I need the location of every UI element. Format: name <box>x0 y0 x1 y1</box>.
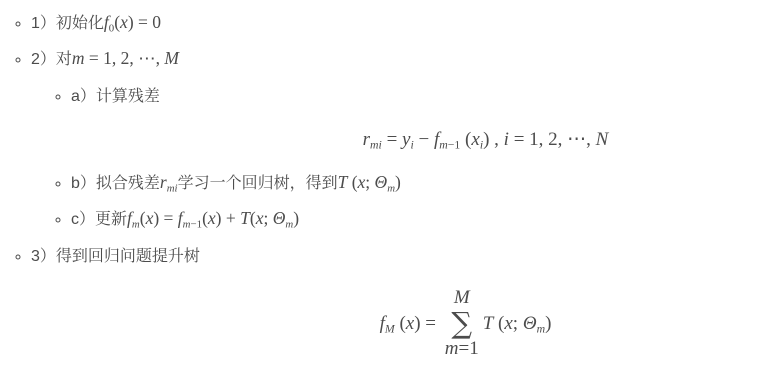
substeps-list: a）计算残差 rmi = yi − fm−1 (xi) , i = 1, 2, … <box>31 84 772 232</box>
text-segment: 1）初始化 <box>31 15 104 32</box>
residual-formula: rmi = yi − fm−1 (xi) , i = 1, 2, ⋯, N <box>71 127 772 152</box>
step-2b-fit-tree: b）拟合残差rmi学习一个回归树，得到T (x; Θm) <box>71 170 772 196</box>
sigma-symbol: ∑ <box>451 309 472 338</box>
step-1-init: 1）初始化f0(x) = 0 <box>31 10 772 36</box>
text-segment: c）更新 <box>71 211 127 228</box>
step-3-content: 3）得到回归问题提升树 <box>31 248 200 265</box>
step-2a-content: a）计算残差 <box>71 88 160 105</box>
residual-formula-math: rmi = yi − fm−1 (xi) , i = 1, 2, ⋯, N <box>363 127 609 152</box>
step-3-result: 3）得到回归问题提升树 fM (x) = M ∑ m=1 T (x; Θm) <box>31 244 772 360</box>
formula-post: T (x; Θm) <box>483 311 552 336</box>
step-2b-content: b）拟合残差rmi学习一个回归树，得到T (x; Θm) <box>71 175 401 192</box>
document-page: 1）初始化f0(x) = 0 2）对m = 1, 2, ⋯, M a）计算残差 … <box>0 10 772 360</box>
text-segment: a）计算残差 <box>71 88 160 105</box>
step-2-loop: 2）对m = 1, 2, ⋯, M a）计算残差 rmi = yi − fm−1… <box>31 46 772 232</box>
text-segment: 学习一个回归树，得到 <box>178 175 338 192</box>
steps-list: 1）初始化f0(x) = 0 2）对m = 1, 2, ⋯, M a）计算残差 … <box>0 10 772 360</box>
text-segment: 3）得到回归问题提升树 <box>31 248 200 265</box>
text-segment: b）拟合残差 <box>71 175 160 192</box>
step-2a-residual: a）计算残差 rmi = yi − fm−1 (xi) , i = 1, 2, … <box>71 84 772 152</box>
math-segment: fm(x) = fm−1(x) + T(x; Θm) <box>127 208 299 228</box>
formula-pre: fM (x) = <box>380 311 441 336</box>
summation: M ∑ m=1 <box>445 287 479 360</box>
math-segment: f0(x) = 0 <box>104 12 161 32</box>
math-segment: T (x; Θm) <box>338 172 401 192</box>
step-2c-update: c）更新fm(x) = fm−1(x) + T(x; Θm) <box>71 206 772 232</box>
step-2-content: 2）对m = 1, 2, ⋯, M <box>31 51 179 68</box>
math-segment: m = 1, 2, ⋯, M <box>72 48 179 68</box>
step-2c-content: c）更新fm(x) = fm−1(x) + T(x; Θm) <box>71 211 299 228</box>
math-segment: rmi <box>160 172 178 192</box>
boosting-tree-formula: fM (x) = M ∑ m=1 T (x; Θm) <box>31 287 772 360</box>
text-segment: 2）对 <box>31 51 72 68</box>
sum-lower-limit: m=1 <box>445 338 479 360</box>
step-1-content: 1）初始化f0(x) = 0 <box>31 15 161 32</box>
